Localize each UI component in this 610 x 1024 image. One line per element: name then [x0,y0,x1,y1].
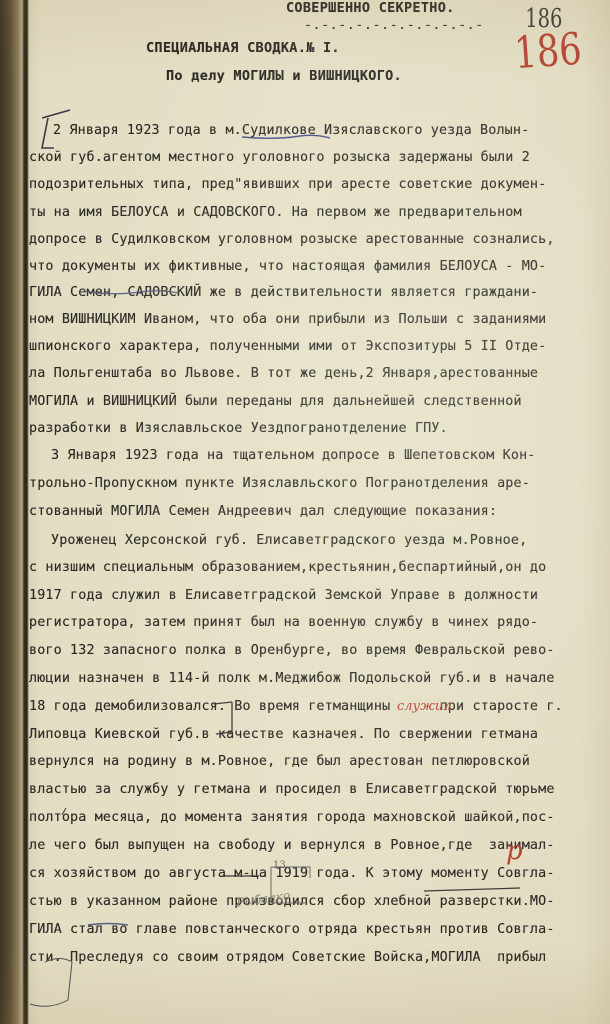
body-line: допросе в Судилковском уголовном розыске… [29,232,555,247]
body-line: Липовца Киевской губ.в качестве казначея… [29,727,538,742]
body-line: ты на имя БЕЛОУСА и САДОВСКОГО. На перво… [29,205,522,220]
body-line: ГИЛА Семен, САДОВСКИЙ же в действительно… [29,285,538,300]
body-line: полтора месяца, до момента занятия город… [29,810,555,825]
body-line: 3 Января 1923 года на тщательном допросе… [51,448,536,463]
folio-number-red: 186 [513,24,584,80]
body-line: ле чего был выпущен на свободу и вернулс… [29,838,555,853]
body-line: люции назначен в 114-й полк м.Меджибож П… [29,671,555,686]
body-line: с низшим специальным образованием,кресть… [29,560,546,575]
body-line: что документы их фиктивные, что настояща… [29,259,546,274]
body-line: сти. Преследуя со своим отрядом Советски… [29,950,546,965]
body-line: стью в указанном районе производился сбо… [29,894,555,909]
body-line: разработки в Изяславльское Уездпогранотд… [29,421,448,436]
classification-stamp: СОВЕРШЕННО СЕКРЕТНО. [286,0,455,16]
body-line: шпионского характера, полученными ими от… [29,339,546,354]
separator-line: -.-.-.-.-.-.-.-.-.-.- [304,18,484,33]
body-line: вернулся на родину в м.Ровное, где был а… [29,754,530,769]
body-line: ла Польгенштаба во Львове. В тот же день… [29,366,538,381]
binding-edge [0,0,28,1024]
body-line: 2 Января 1923 года в м.Судилкове Изяслав… [53,123,529,138]
document-title: СПЕЦИАЛЬНАЯ СВОДКА.№ I. [146,40,340,56]
body-line: ской губ.агентом местного уголовного роз… [29,150,530,165]
body-line: трольно-Пропускном пункте Изяславльского… [29,476,530,491]
typewritten-page: СОВЕРШЕННО СЕКРЕТНО. -.-.-.-.-.-.-.-.-.-… [29,0,610,1024]
body-line: 18 года демобилизовался. Во время гетман… [29,699,563,714]
body-line: ся хозяйством до августа м-ца 1919 года.… [29,866,555,881]
body-line: вого 132 запасного полка в Оренбурге, во… [29,643,555,658]
body-line: ГИЛА стал во главе повстанческого отряда… [29,922,555,937]
body-line: подозрительных типа, пред"явивших при ар… [29,177,546,192]
body-line: ном ВИШНИЦКИМ Иваном, что оба они прибыл… [29,312,546,327]
body-line: 1917 года служил в Елисаветградской Земс… [29,588,538,603]
margin-correction: р [506,836,523,866]
body-line: Уроженец Херсонской губ. Елисаветградско… [51,533,527,548]
body-line: МОГИЛА и ВИШНИЦКИЙ были переданы для дал… [29,394,522,409]
document-scan: СОВЕРШЕННО СЕКРЕТНО. -.-.-.-.-.-.-.-.-.-… [0,0,610,1024]
boxed-number: 13 [273,860,286,871]
body-line: властью за службу у гетмана и просидел в… [29,782,555,797]
body-line: стованный МОГИЛА Семен Андреевич дал сле… [29,504,497,519]
document-subtitle: По делу МОГИЛЫ и ВИШНИЦКОГО. [166,68,402,84]
handwritten-insertion: служил [397,699,452,714]
body-line: регистратора, затем принят был на военну… [29,615,538,630]
